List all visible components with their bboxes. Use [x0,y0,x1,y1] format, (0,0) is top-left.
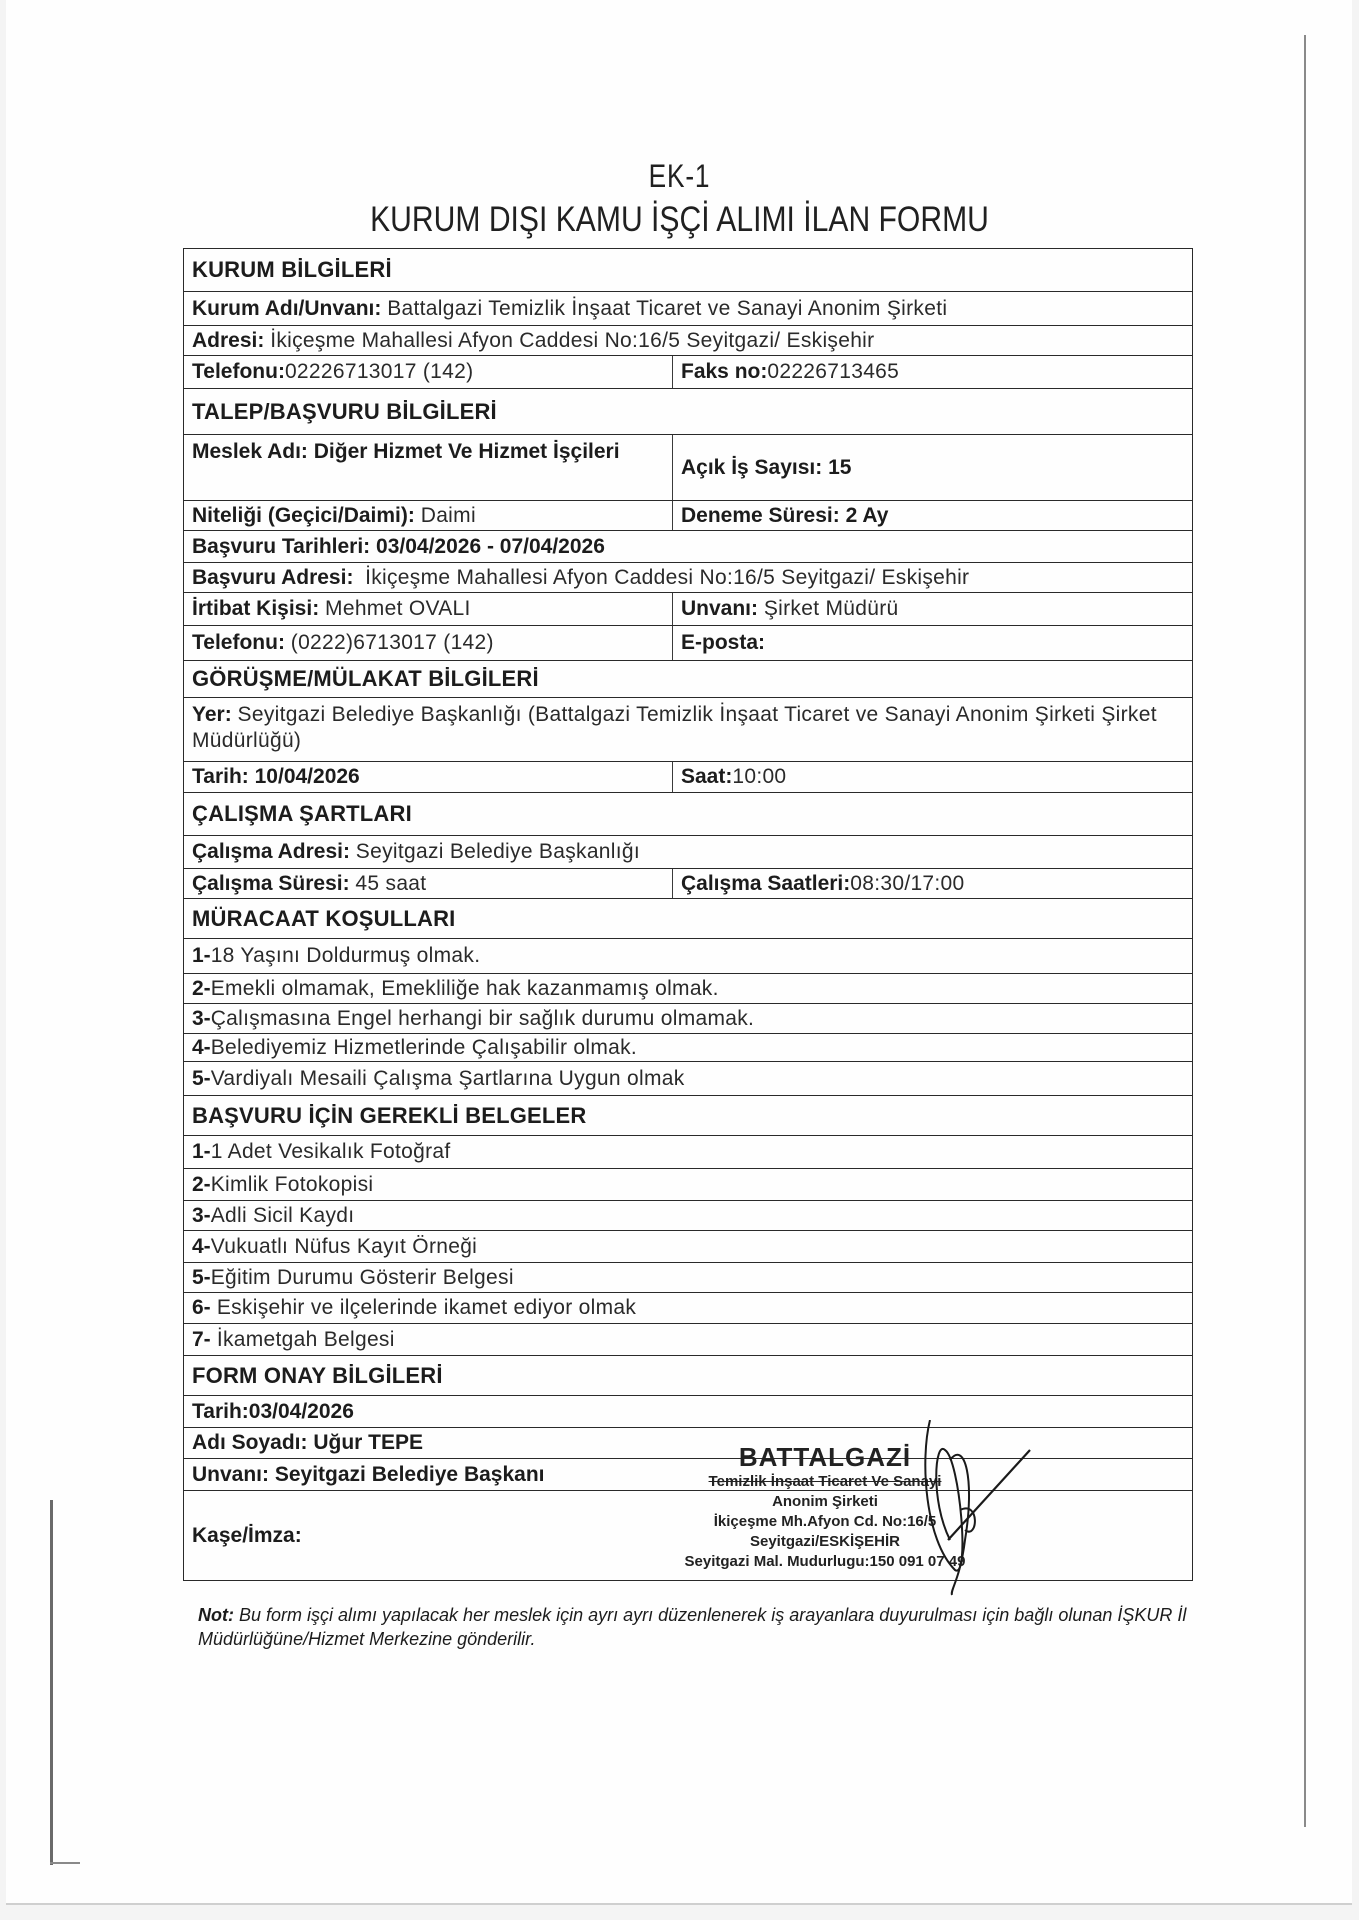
item-number: 6- [192,1295,211,1321]
field-value: Seyitgazi Belediye Başkanlığı (Battalgaz… [192,703,1157,752]
annex-label: EK-1 [122,158,1236,195]
field-value: 45 saat [355,871,426,897]
field-label: E-posta: [681,630,765,656]
field-label: Telefonu: [192,630,285,656]
item-number: 2- [192,1172,211,1198]
field-institution-name: Kurum Adı/Unvanı: Battalgazi Temizlik İn… [184,292,1192,326]
field-label: Kurum Adı/Unvanı: [192,296,381,322]
section-header-approval: FORM ONAY BİLGİLERİ [184,1356,1192,1396]
item-text: Vukuatlı Nüfus Kayıt Örneği [211,1234,477,1260]
item-text: Belediyemiz Hizmetlerinde Çalışabilir ol… [211,1035,637,1061]
field-value: 02226713017 (142) [285,359,473,385]
field-value: Daimi [421,503,476,529]
field-value: Seyitgazi Belediye Başkanı [275,1462,545,1488]
section-title: GÖRÜŞME/MÜLAKAT BİLGİLERİ [184,661,1192,697]
field-value: (0222)6713017 (142) [291,630,494,656]
field-value: Şirket Müdürü [764,596,899,622]
form-title: KURUM DIŞI KAMU İŞÇİ ALIMI İLAN FORMU [95,200,1264,240]
field-application-dates: Başvuru Tarihleri: 03/04/2026 - 07/04/20… [184,531,1192,563]
field-label: Tarih: [192,1399,249,1425]
field-label: İrtibat Kişisi: [192,596,319,622]
field-label: Açık İş Sayısı: [681,455,822,481]
field-label: Unvanı: [681,596,758,622]
item-number: 4- [192,1234,211,1260]
section-title: ÇALIŞMA ŞARTLARI [184,793,1192,835]
field-value: İkiçeşme Mahallesi Afyon Caddesi No:16/5… [270,328,874,354]
requirement-item: 3-Çalışmasına Engel herhangi bir sağlık … [184,1004,1192,1034]
requirement-item: 4-Belediyemiz Hizmetlerinde Çalışabilir … [184,1034,1192,1062]
field-value: Diğer Hizmet Ve Hizmet İşçileri [314,440,620,463]
field-approval-date: Tarih:03/04/2026 [184,1396,1192,1428]
item-number: 3- [192,1006,211,1032]
item-text: Eskişehir ve ilçelerinde ikamet ediyor o… [211,1295,637,1321]
field-institution-phone-fax: Telefonu:02226713017 (142) Faks no:02226… [184,356,1192,389]
document-item: 5-Eğitim Durumu Gösterir Belgesi [184,1263,1192,1293]
field-label: Çalışma Saatleri: [681,871,850,897]
item-number: 7- [192,1327,211,1353]
item-text: Eğitim Durumu Gösterir Belgesi [211,1265,514,1291]
field-label: Adresi: [192,328,264,354]
item-number: 2- [192,976,211,1002]
section-title: FORM ONAY BİLGİLERİ [184,1356,1192,1395]
field-label: Niteliği (Geçici/Daimi): [192,503,415,529]
field-institution-address: Adresi: İkiçeşme Mahallesi Afyon Caddesi… [184,326,1192,356]
item-number: 1- [192,1139,211,1165]
item-text: Çalışmasına Engel herhangi bir sağlık du… [211,1006,754,1032]
section-header-institution: KURUM BİLGİLERİ [184,249,1192,292]
field-value: 03/04/2026 - 07/04/2026 [376,534,605,560]
footnote-label: Not: [198,1605,234,1625]
document-item: 2-Kimlik Fotokopisi [184,1169,1192,1201]
field-label: Deneme Süresi: [681,503,840,529]
section-header-working-conditions: ÇALIŞMA ŞARTLARI [184,793,1192,836]
field-label: Telefonu: [192,359,285,385]
item-text: Emekli olmamak, Emekliliğe hak kazanmamı… [211,976,719,1002]
field-interview-place: Yer: Seyitgazi Belediye Başkanlığı (Batt… [184,698,1192,762]
field-contact-phone-email: Telefonu: (0222)6713017 (142) E-posta: [184,626,1192,661]
requirement-item: 2-Emekli olmamak, Emekliliğe hak kazanma… [184,974,1192,1004]
scan-edge-line [50,1862,80,1864]
item-number: 4- [192,1035,211,1061]
section-title: TALEP/BAŞVURU BİLGİLERİ [184,389,1192,434]
field-value: 10:00 [732,764,786,790]
field-value: İkiçeşme Mahallesi Afyon Caddesi No:16/5… [365,565,969,591]
field-value: Battalgazi Temizlik İnşaat Ticaret ve Sa… [387,296,947,322]
item-text: Vardiyalı Mesaili Çalışma Şartlarına Uyg… [211,1066,685,1092]
field-label: Yer: [192,703,232,726]
item-text: İkametgah Belgesi [211,1327,395,1353]
field-value: 08:30/17:00 [850,871,964,897]
scan-edge-line [50,1500,53,1865]
footnote: Not: Bu form işçi alımı yapılacak her me… [198,1603,1188,1651]
field-value: 2 Ay [846,503,889,529]
field-label: Başvuru Tarihleri: [192,534,370,560]
section-title: BAŞVURU İÇİN GEREKLİ BELGELER [184,1096,1192,1135]
item-text: Kimlik Fotokopisi [211,1172,374,1198]
section-header-requirements: MÜRACAAT KOŞULLARI [184,899,1192,939]
field-interview-date-time: Tarih: 10/04/2026 Saat:10:00 [184,762,1192,793]
field-nature-probation: Niteliği (Geçici/Daimi): Daimi Deneme Sü… [184,501,1192,531]
field-label: Faks no: [681,359,767,385]
field-work-address: Çalışma Adresi: Seyitgazi Belediye Başka… [184,836,1192,869]
item-number: 5- [192,1066,211,1092]
field-value: 10/04/2026 [255,764,360,790]
field-label: Başvuru Adresi: [192,565,353,591]
field-occupation-positions: Meslek Adı: Diğer Hizmet Ve Hizmet İşçil… [184,435,1192,501]
item-text: Adli Sicil Kaydı [211,1203,355,1229]
field-value: 03/04/2026 [249,1399,354,1425]
requirement-item: 1-18 Yaşını Doldurmuş olmak. [184,939,1192,974]
field-label: Meslek Adı: [192,440,308,463]
item-text: 18 Yaşını Doldurmuş olmak. [211,943,481,969]
field-value: 02226713465 [767,359,899,385]
field-label: Saat: [681,764,732,790]
item-number: 3- [192,1203,211,1229]
field-work-duration-hours: Çalışma Süresi: 45 saat Çalışma Saatleri… [184,869,1192,899]
announcement-form: KURUM BİLGİLERİ Kurum Adı/Unvanı: Battal… [183,248,1193,1581]
section-header-interview: GÖRÜŞME/MÜLAKAT BİLGİLERİ [184,661,1192,698]
field-application-address: Başvuru Adresi: İkiçeşme Mahallesi Afyon… [184,563,1192,593]
item-number: 1- [192,943,211,969]
item-number: 5- [192,1265,211,1291]
field-contact-person: İrtibat Kişisi: Mehmet OVALI Unvanı: Şir… [184,593,1192,626]
field-value: Seyitgazi Belediye Başkanlığı [356,839,640,865]
document-item: 6- Eskişehir ve ilçelerinde ikamet ediyo… [184,1293,1192,1324]
field-label: Çalışma Süresi: [192,871,350,897]
field-value: Uğur TEPE [313,1430,423,1456]
section-title: KURUM BİLGİLERİ [184,249,1192,291]
field-value: 15 [828,455,851,481]
section-header-application: TALEP/BAŞVURU BİLGİLERİ [184,389,1192,435]
requirement-item: 5-Vardiyalı Mesaili Çalışma Şartlarına U… [184,1062,1192,1096]
document-item: 7- İkametgah Belgesi [184,1324,1192,1356]
section-header-documents: BAŞVURU İÇİN GEREKLİ BELGELER [184,1096,1192,1136]
field-label: Adı Soyadı: [192,1430,308,1456]
field-label: Çalışma Adresi: [192,839,350,865]
field-label: Kaşe/İmza: [192,1523,302,1549]
item-text: 1 Adet Vesikalık Fotoğraf [211,1139,451,1165]
field-label: Tarih: [192,764,249,790]
footnote-text: Bu form işçi alımı yapılacak her meslek … [198,1605,1186,1649]
document-item: 3-Adli Sicil Kaydı [184,1201,1192,1231]
signature-icon [920,1420,1040,1600]
scan-edge-line [1304,35,1306,1827]
document-item: 4-Vukuatlı Nüfus Kayıt Örneği [184,1231,1192,1263]
field-value: Mehmet OVALI [325,596,471,622]
section-title: MÜRACAAT KOŞULLARI [184,899,1192,938]
document-item: 1-1 Adet Vesikalık Fotoğraf [184,1136,1192,1169]
field-label: Unvanı: [192,1462,269,1488]
